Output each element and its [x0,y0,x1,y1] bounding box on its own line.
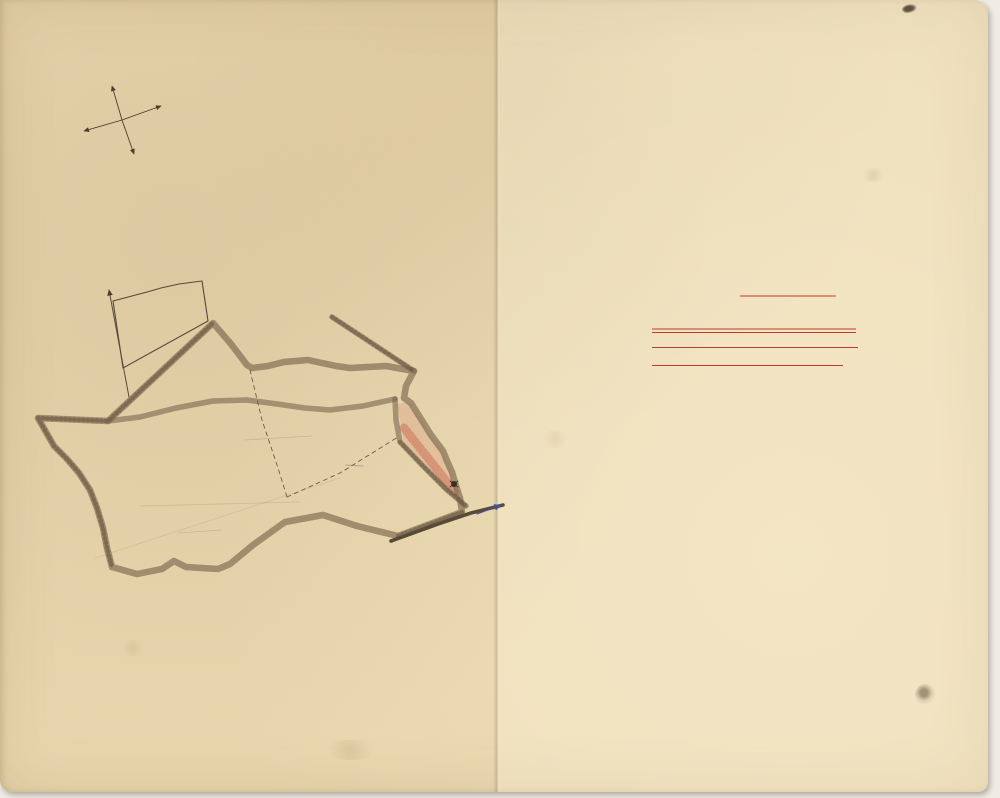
stream-line [391,505,503,541]
compass-rose [84,86,161,154]
road-northeast [332,317,414,371]
parcel-drawing [38,281,503,574]
plan-map-svg [0,0,1000,798]
buche-tree-symbol [450,481,458,487]
scanned-plan-page [0,0,1000,798]
road-through-parcel [108,399,395,421]
pencil-lines [95,436,363,558]
interior-dashed-boundary [250,370,398,497]
area-table [652,296,858,366]
